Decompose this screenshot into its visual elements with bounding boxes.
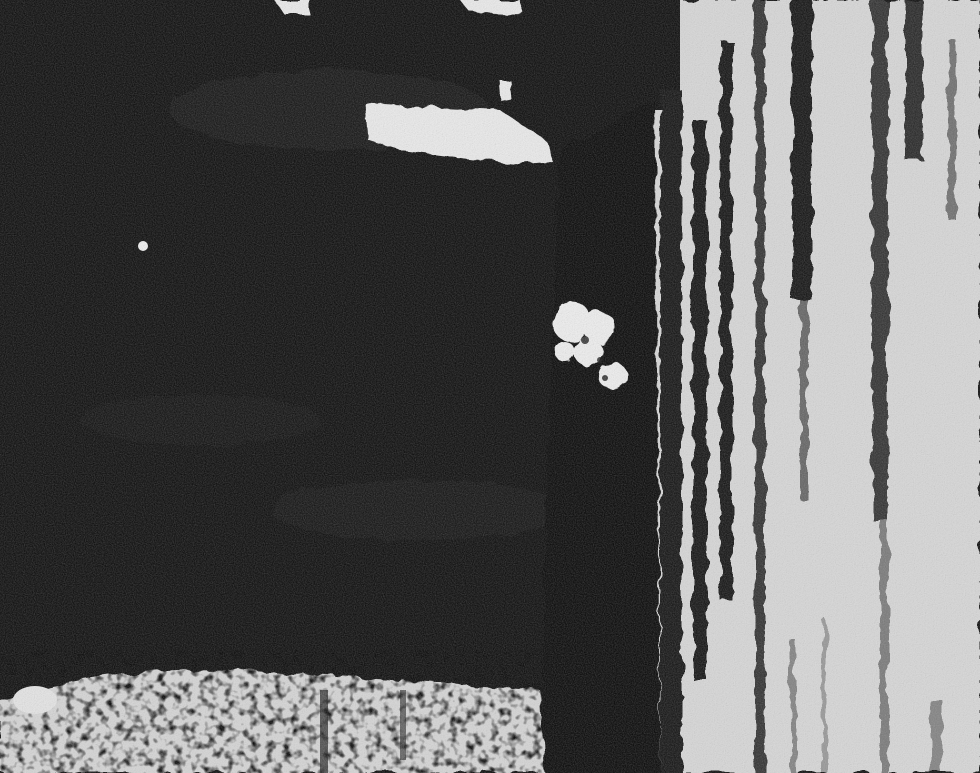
photograph: Dark, noisy scene with a dark vertical p… (0, 0, 980, 773)
photo-canvas (0, 0, 980, 773)
film-grain (0, 0, 980, 773)
